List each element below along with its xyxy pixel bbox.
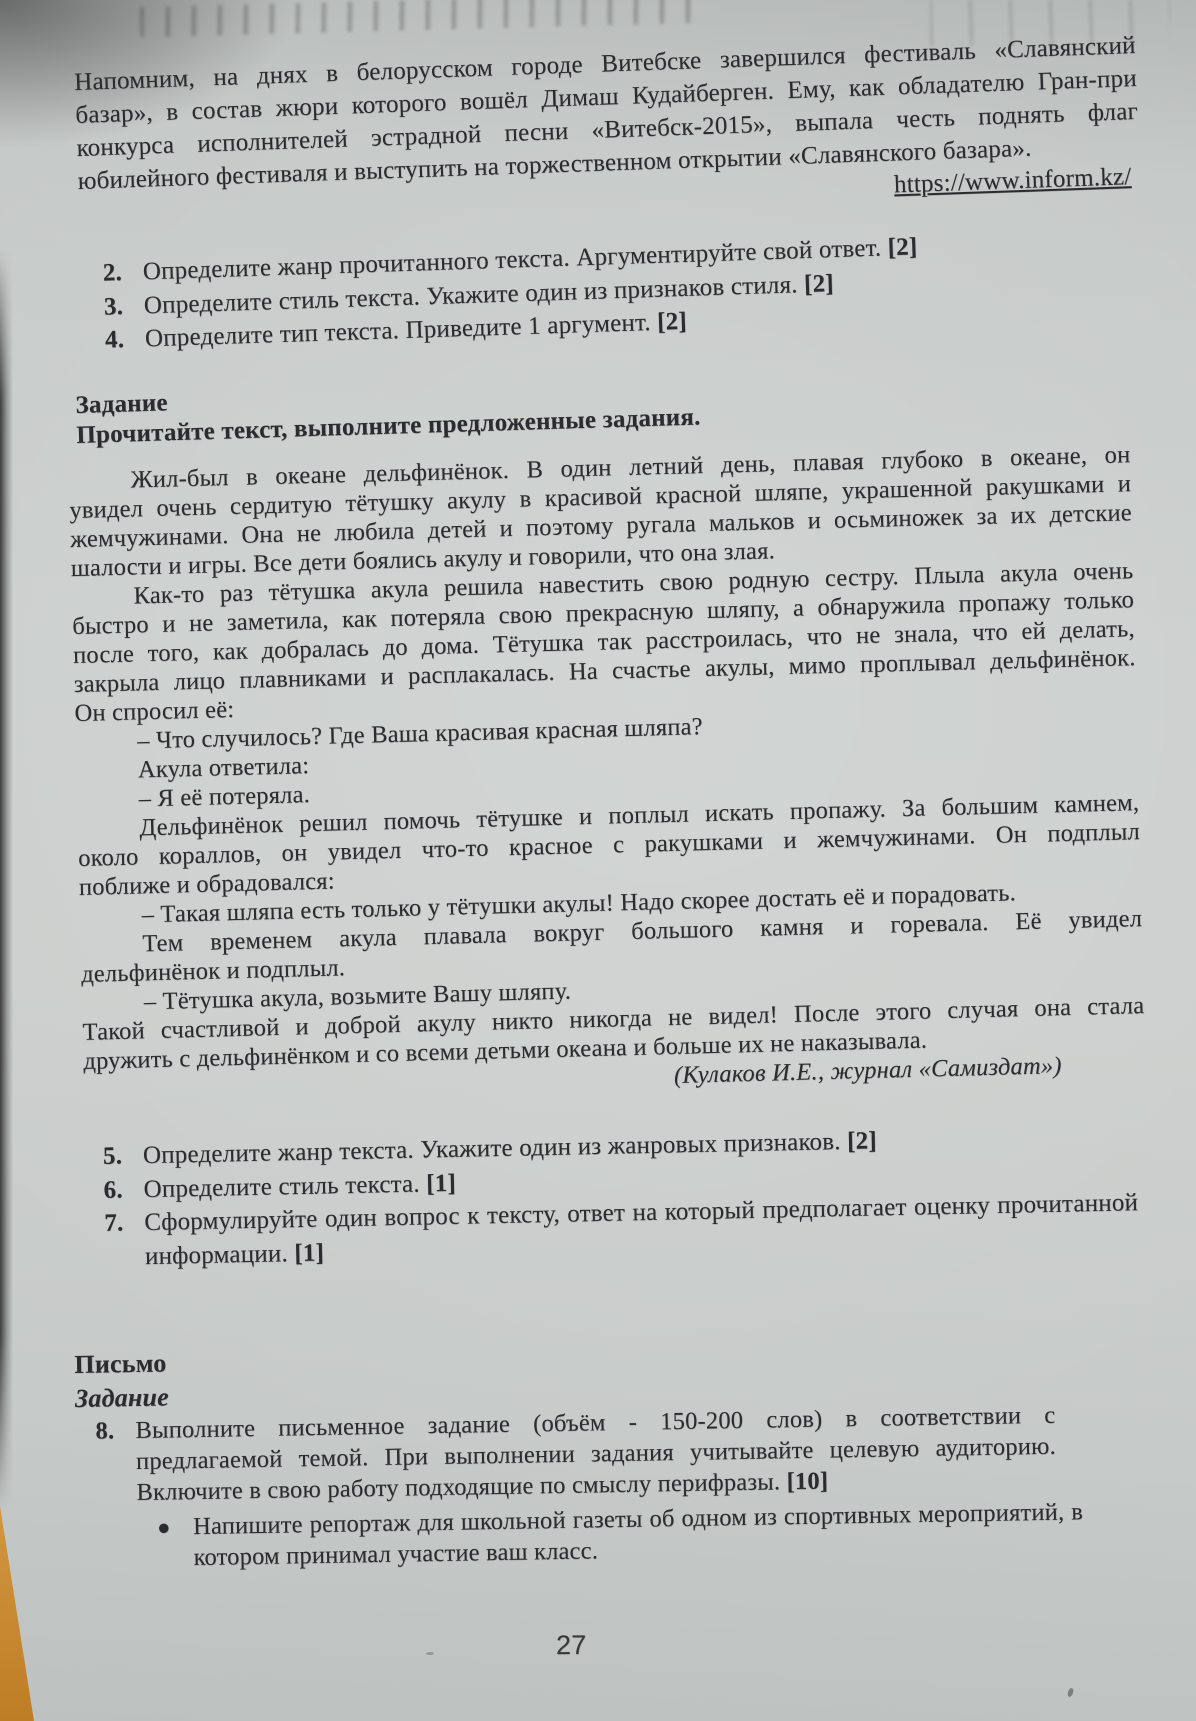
question-text: Выполните письменное задание (объём - 15… (135, 1399, 1056, 1507)
bullet-icon: ● (157, 1511, 194, 1574)
question-number: 6. (103, 1172, 144, 1206)
scan-speck (1067, 1687, 1075, 1697)
scan-speck (426, 1652, 434, 1655)
question-number: 5. (103, 1139, 144, 1173)
question-number: 3. (103, 289, 144, 324)
score-badge: [10] (786, 1467, 828, 1495)
question-number: 2. (102, 255, 143, 290)
questions-2-4: 2. Определите жанр прочитанного текста. … (0, 221, 1196, 360)
source-link[interactable]: https://www.inform.kz/ (894, 163, 1132, 198)
score-badge: [2] (847, 1127, 877, 1155)
story-text: Жил-был в океане дельфинёнок. В один лет… (68, 440, 1145, 1076)
writing-section: Письмо Задание 8. Выполните письменное з… (74, 1330, 1140, 1575)
score-badge: [2] (657, 308, 688, 336)
question-text-body: Выполните письменное задание (объём - 15… (135, 1401, 1056, 1505)
question-number: 7. (104, 1206, 145, 1274)
score-badge: [1] (294, 1239, 324, 1267)
score-badge: [2] (887, 233, 918, 261)
question-text-body: Определите стиль текста. (143, 1170, 420, 1203)
scanned-test-page: Напомним, на днях в белорусском городе В… (0, 0, 1196, 1721)
question-number: 4. (104, 322, 145, 357)
questions-5-7: 5. Определите жанр текста. Укажите один … (0, 1118, 1196, 1276)
bullet-item: ● Напишите репортаж для школьной газеты … (157, 1495, 1140, 1573)
reading-section-header: Задание Прочитайте текст, выполните пред… (75, 359, 1138, 450)
score-badge: [1] (426, 1169, 456, 1197)
page-number: 27 (556, 1630, 587, 1661)
bullet-text: Напишите репортаж для школьной газеты об… (193, 1496, 1084, 1573)
score-badge: [2] (804, 270, 835, 298)
writing-task-item: 8. Выполните письменное задание (объём -… (95, 1398, 1138, 1508)
question-number: 8. (95, 1415, 137, 1509)
